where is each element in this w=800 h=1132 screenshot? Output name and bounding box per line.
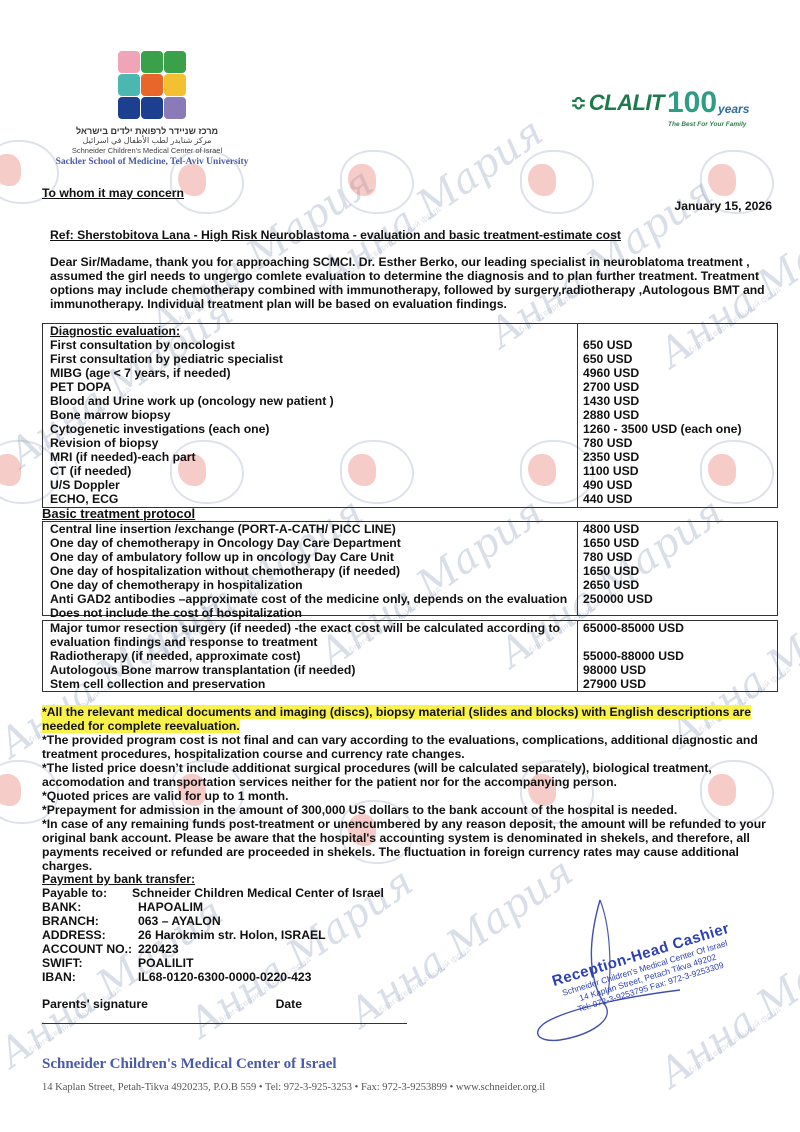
signature-date-label: Date — [276, 997, 302, 1011]
item-price: 1430 USD — [576, 394, 639, 408]
item-name: Bone marrow biopsy — [43, 408, 576, 422]
bank-field-value: Schneider Children Medical Center of Isr… — [132, 886, 384, 900]
column-divider — [577, 324, 578, 507]
bank-row: BANK:HAPOALIM — [42, 900, 384, 914]
item-name: Stem cell collection and preservation — [43, 677, 576, 691]
column-divider — [577, 522, 578, 615]
item-name: Anti GAD2 antibodies –approximate cost o… — [43, 592, 576, 606]
item-name: Major tumor resection surgery (if needed… — [43, 621, 576, 635]
item-name: Central line insertion /exchange (PORT-A… — [43, 522, 576, 536]
column-divider — [577, 621, 578, 691]
watermark-heart-icon — [348, 164, 376, 196]
watermark-heart-icon — [0, 774, 21, 806]
puzzle-piece — [164, 74, 186, 96]
item-price: 4960 USD — [576, 366, 639, 380]
item-price: 2350 USD — [576, 450, 639, 464]
table-row: Revision of biopsy780 USD — [43, 436, 777, 450]
item-name: One day of chemotherapy in Oncology Day … — [43, 536, 576, 550]
bank-field-label: SWIFT: — [42, 956, 138, 970]
item-price: 1100 USD — [576, 464, 639, 478]
bank-field-value: HAPOALIM — [138, 900, 203, 914]
footer-hospital-name: Schneider Children's Medical Center of I… — [42, 1056, 337, 1073]
clalit-100: 100 — [667, 90, 717, 116]
bank-field-label: BANK: — [42, 900, 138, 914]
reference-line: Ref: Sherstobitova Lana - High Risk Neur… — [50, 228, 621, 242]
salutation-heading: To whom it may concern — [42, 186, 184, 200]
watermark-subtext: благотворительный фонд — [377, 944, 472, 1014]
bank-field-value: 063 – AYALON — [138, 914, 221, 928]
item-price: 2880 USD — [576, 408, 639, 422]
table-row: Central line insertion /exchange (PORT-A… — [43, 522, 777, 536]
item-name: MRI (if needed)-each part — [43, 450, 576, 464]
item-price: 780 USD — [576, 436, 632, 450]
table-row: Does not include the cost of hospitaliza… — [43, 606, 777, 620]
bank-row: SWIFT:POALILIT — [42, 956, 384, 970]
clalit-logo: ≎ CLALIT 100 years — [570, 90, 749, 116]
bank-field-value: 26 Harokmim str. Holon, ISRAEL — [138, 928, 326, 942]
table-row: Major tumor resection surgery (if needed… — [43, 621, 777, 635]
letter-date: January 15, 2026 — [674, 199, 772, 213]
note-item: *Prepayment for admission in the amount … — [42, 803, 782, 817]
hospital-name-hebrew: מרכז שניידר לרפואת ילדים בישראל — [52, 126, 242, 136]
puzzle-piece — [164, 97, 186, 119]
table-row: Cytogenetic investigations (each one)126… — [43, 422, 777, 436]
bank-details: Payment by bank transfer: Payable to:Sch… — [42, 872, 384, 984]
item-price: 650 USD — [576, 338, 632, 352]
note-item: *The listed price doesn’t include additi… — [42, 761, 782, 789]
watermark-subtext: благотворительный фонд — [27, 984, 122, 1054]
table-row: PET DOPA2700 USD — [43, 380, 777, 394]
item-name: Autologous Bone marrow transplantation (… — [43, 663, 576, 677]
table-row: MIBG (age < 7 years, if needed)4960 USD — [43, 366, 777, 380]
puzzle-piece — [141, 74, 163, 96]
item-price: 55000-88000 USD — [576, 649, 684, 663]
bank-row: BRANCH:063 – AYALON — [42, 914, 384, 928]
bank-row: ADDRESS:26 Harokmim str. Holon, ISRAEL — [42, 928, 384, 942]
hospital-affiliation: Sackler School of Medicine, Tel-Aviv Uni… — [52, 157, 252, 167]
bank-row: ACCOUNT NO.:220423 — [42, 942, 384, 956]
bank-field-label: ACCOUNT NO.: — [42, 942, 138, 956]
item-name: One day of hospitalization without chemo… — [43, 564, 576, 578]
bank-field-label: IBAN: — [42, 970, 138, 984]
table-row: One day of chemotherapy in Oncology Day … — [43, 536, 777, 550]
table-row: One day of ambulatory follow up in oncol… — [43, 550, 777, 564]
item-name: Revision of biopsy — [43, 436, 576, 450]
item-price: 250000 USD — [576, 592, 653, 606]
puzzle-piece — [164, 51, 186, 73]
bank-row: IBAN:IL68-0120-6300-0000-0220-423 — [42, 970, 384, 984]
table-row: First consultation by oncologist650 USD — [43, 338, 777, 352]
item-name: One day of chemotherapy in hospitalizati… — [43, 578, 576, 592]
item-name: Does not include the cost of hospitaliza… — [43, 606, 576, 620]
bank-field-label: Payable to: — [42, 886, 132, 900]
table-title-row: Diagnostic evaluation: — [43, 324, 777, 338]
watermark-heart-icon — [528, 164, 556, 196]
item-name: MIBG (age < 7 years, if needed) — [43, 366, 576, 380]
intro-paragraph: Dear Sir/Madame, thank you for approachi… — [50, 255, 780, 311]
clalit-years: years — [718, 102, 749, 116]
table-row: One day of chemotherapy in hospitalizati… — [43, 578, 777, 592]
table-row: Radiotherapy (if needed, approximate cos… — [43, 649, 777, 663]
highlighted-note: *All the relevant medical documents and … — [42, 705, 751, 733]
table-row: CT (if needed)1100 USD — [43, 464, 777, 478]
clalit-name: CLALIT — [589, 90, 664, 116]
watermark-heart-icon — [0, 154, 21, 186]
signature-line — [42, 1023, 407, 1024]
puzzle-logo-icon — [118, 51, 186, 119]
signature-labels: Parents' signature Date — [42, 997, 302, 1011]
table-row: Bone marrow biopsy2880 USD — [43, 408, 777, 422]
item-name: First consultation by oncologist — [43, 338, 576, 352]
notes-section: *All the relevant medical documents and … — [42, 705, 782, 873]
table-row: Autologous Bone marrow transplantation (… — [43, 663, 777, 677]
note-item: *In case of any remaining funds post-tre… — [42, 817, 782, 873]
clalit-wave-icon: ≎ — [570, 91, 587, 116]
watermark-heart-icon — [0, 454, 21, 486]
item-price: 27900 USD — [576, 677, 646, 691]
table-row: evaluation findings and response to trea… — [43, 635, 777, 649]
item-price: 780 USD — [576, 550, 632, 564]
item-price: 2650 USD — [576, 578, 639, 592]
table-row: First consultation by pediatric speciali… — [43, 352, 777, 366]
basic-treatment-table: Central line insertion /exchange (PORT-A… — [42, 521, 778, 616]
payment-title: Payment by bank transfer: — [42, 872, 384, 886]
bank-field-value: POALILIT — [138, 956, 194, 970]
diagnostic-table: Diagnostic evaluation: First consultatio… — [42, 323, 778, 508]
table-row: One day of hospitalization without chemo… — [43, 564, 777, 578]
item-name: PET DOPA — [43, 380, 576, 394]
item-name: evaluation findings and response to trea… — [43, 635, 576, 649]
item-name: First consultation by pediatric speciali… — [43, 352, 576, 366]
hospital-name-english: Schneider Children's Medical Center of I… — [52, 146, 242, 155]
puzzle-piece — [118, 74, 140, 96]
item-name: Radiotherapy (if needed, approximate cos… — [43, 649, 576, 663]
item-price: 98000 USD — [576, 663, 646, 677]
item-price: 1260 - 3500 USD (each one) — [576, 422, 742, 436]
watermark-emblem-icon — [520, 150, 594, 214]
item-price: 2700 USD — [576, 380, 639, 394]
parents-signature-label: Parents' signature — [42, 997, 148, 1011]
item-price: 490 USD — [576, 478, 632, 492]
footer-address: 14 Kaplan Street, Petah-Tikva 4920235, P… — [42, 1082, 545, 1093]
item-price: 440 USD — [576, 492, 632, 506]
basic-treatment-title: Basic treatment protocol — [42, 506, 195, 521]
table-row: Stem cell collection and preservation279… — [43, 677, 777, 691]
watermark-heart-icon — [708, 164, 736, 196]
item-price: 1650 USD — [576, 536, 639, 550]
bank-row: Payable to:Schneider Children Medical Ce… — [42, 886, 384, 900]
watermark-emblem-icon — [340, 150, 414, 214]
table-row: Blood and Urine work up (oncology new pa… — [43, 394, 777, 408]
puzzle-piece — [118, 97, 140, 119]
bank-field-value: IL68-0120-6300-0000-0220-423 — [138, 970, 311, 984]
item-name: CT (if needed) — [43, 464, 576, 478]
additional-treatment-table: Major tumor resection surgery (if needed… — [42, 620, 778, 692]
bank-field-label: BRANCH: — [42, 914, 138, 928]
diagnostic-title: Diagnostic evaluation: — [43, 324, 576, 338]
item-price: 4800 USD — [576, 522, 639, 536]
clalit-tagline: The Best For Your Family — [668, 121, 746, 128]
item-price: 650 USD — [576, 352, 632, 366]
table-row: Anti GAD2 antibodies –approximate cost o… — [43, 592, 777, 606]
table-row: U/S Doppler490 USD — [43, 478, 777, 492]
hospital-name-arabic: مركز شنايدر لطب الأطفال في اسرائيل — [52, 136, 242, 145]
intro-text: Dear Sir/Madame, thank you for approachi… — [50, 255, 780, 311]
puzzle-piece — [141, 51, 163, 73]
note-item: *The provided program cost is not final … — [42, 733, 782, 761]
item-name: Cytogenetic investigations (each one) — [43, 422, 576, 436]
item-name: U/S Doppler — [43, 478, 576, 492]
item-name: ECHO, ECG — [43, 492, 576, 506]
item-name: One day of ambulatory follow up in oncol… — [43, 550, 576, 564]
item-name: Blood and Urine work up (oncology new pa… — [43, 394, 576, 408]
item-price: 65000-85000 USD — [576, 621, 684, 635]
table-row: ECHO, ECG440 USD — [43, 492, 777, 506]
puzzle-piece — [141, 97, 163, 119]
table-row: MRI (if needed)-each part2350 USD — [43, 450, 777, 464]
puzzle-piece — [118, 51, 140, 73]
note-item: *Quoted prices are valid for up to 1 mon… — [42, 789, 782, 803]
bank-field-label: ADDRESS: — [42, 928, 138, 942]
bank-field-value: 220423 — [138, 942, 179, 956]
item-price: 1650 USD — [576, 564, 639, 578]
